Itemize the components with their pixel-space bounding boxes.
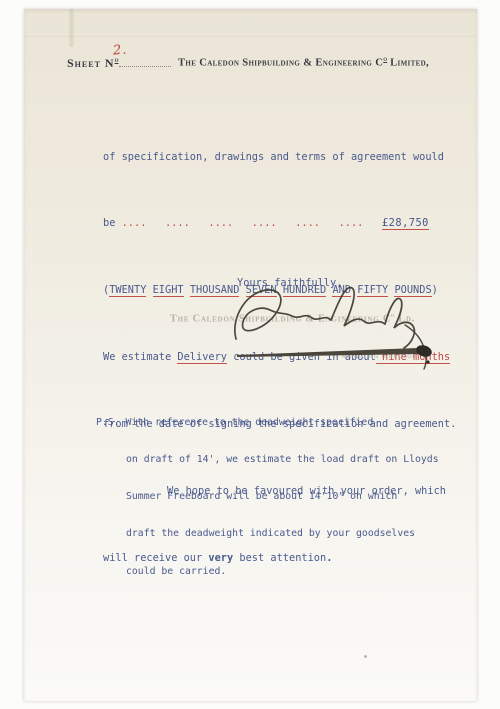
body-line-2-text: be: [103, 217, 122, 229]
postscript: P.S. With reference to the deadweight sp…: [96, 392, 456, 603]
price-amount: £28,750: [382, 217, 429, 230]
body-line-2: be .... .... .... .... .... .... £28,750: [103, 212, 468, 234]
sheet-label: Sheet N: [67, 56, 115, 70]
letterhead: Sheet No 2. The Caledon Shipbuilding & E…: [24, 49, 477, 79]
ps-line-1: P.S. With reference to the deadweight sp…: [96, 417, 456, 429]
body-line-4-text: We estimate: [103, 351, 177, 363]
signature: [200, 275, 460, 375]
paper-crease: [68, 9, 75, 47]
paper-crease-horizontal: [24, 35, 477, 38]
ps-line-2: on draft of 14', we estimate the load dr…: [96, 454, 456, 466]
scanned-letter-page: Sheet No 2. The Caledon Shipbuilding & E…: [24, 9, 477, 701]
paper-speck: [364, 655, 367, 658]
red-dot-leaders: .... .... .... .... .... ....: [122, 217, 382, 229]
company-name-suffix: Limited,: [387, 58, 429, 69]
sheet-number-dotted-line: [119, 66, 171, 67]
company-name: The Caledon Shipbuilding & Engineering C…: [178, 56, 468, 69]
signature-strokes: [235, 288, 426, 369]
ps-line-3: Summer Freeboard will be about 14'10" on…: [96, 491, 456, 503]
body-line-1: of specification, drawings and terms of …: [103, 146, 468, 168]
signature-underline: [237, 343, 433, 363]
ps-line-5: could be carried.: [96, 566, 456, 578]
company-name-prefix: The Caledon Shipbuilding & Engineering C: [178, 58, 383, 69]
ps-line-4: draft the deadweight indicated by your g…: [96, 528, 456, 540]
handwritten-sheet-number: 2.: [112, 43, 127, 59]
